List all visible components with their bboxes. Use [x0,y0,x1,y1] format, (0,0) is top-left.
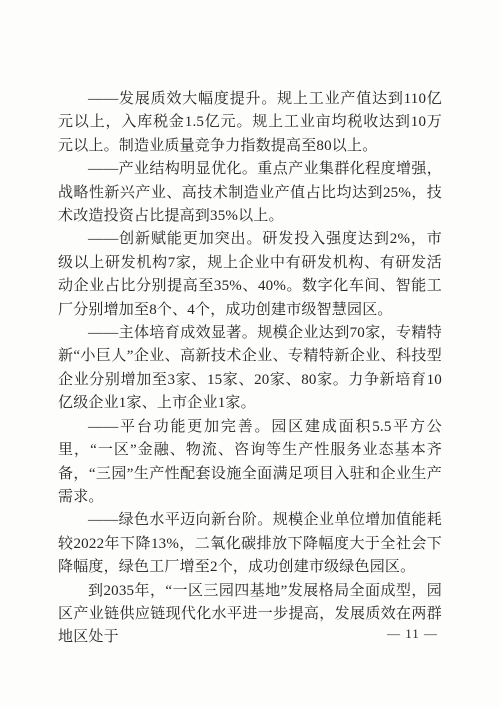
paragraph-industrial-structure: ——产业结构明显优化。重点产业集群化程度增强，战略性新兴产业、高技术制造业产值占… [58,158,442,228]
paragraph-innovation: ——创新赋能更加突出。研发投入强度达到2%，市级以上研发机构7家，规上企业中有研… [58,228,442,322]
paragraph-platform-function: ——平台功能更加完善。园区建成面积5.5平方公里，“一区”金融、物流、咨询等生产… [58,416,442,510]
paragraph-enterprise-cultivation: ——主体培育成效显著。规模企业达到70家，专精特新“小巨人”企业、高新技术企业、… [58,322,442,416]
page-number: — 11 — [387,626,438,642]
document-page: ——发展质效大幅度提升。规上工业产值达到110亿元以上，入库税金1.5亿元。规上… [0,0,500,707]
paragraph-development-quality: ——发展质效大幅度提升。规上工业产值达到110亿元以上，入库税金1.5亿元。规上… [58,88,442,158]
document-body: ——发展质效大幅度提升。规上工业产值达到110亿元以上，入库税金1.5亿元。规上… [58,88,442,650]
paragraph-2035-outlook: 到2035年，“一区三园四基地”发展格局全面成型，园区产业链供应链现代化水平进一… [58,580,442,650]
paragraph-green-level: ——绿色水平迈向新台阶。规模企业单位增加值能耗较2022年下降13%，二氧化碳排… [58,509,442,579]
